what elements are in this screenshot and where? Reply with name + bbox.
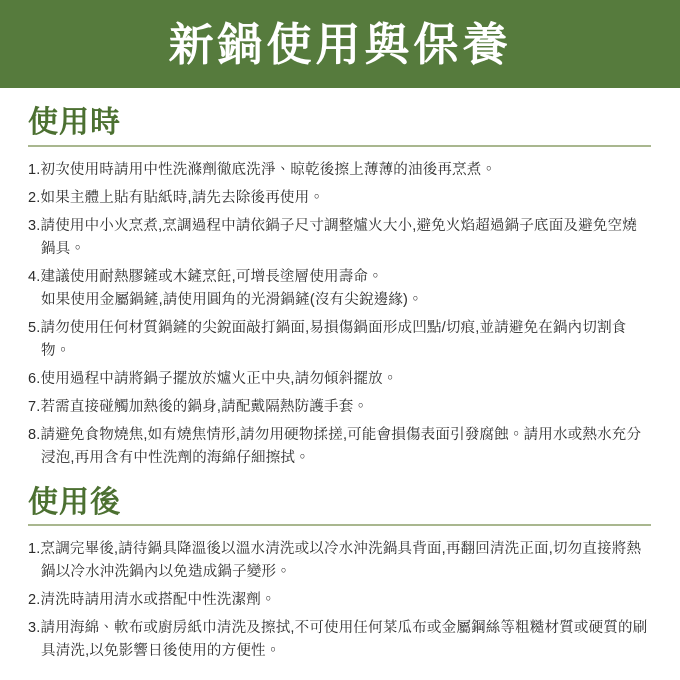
list-item: 1.烹調完畢後,請待鍋具降溫後以溫水清洗或以冷水沖洗鍋具背面,再翻回清洗正面,切… [28,538,651,584]
list-item: 1.初次使用時請用中性洗滌劑徹底洗淨、晾乾後擦上薄薄的油後再烹煮。 [28,159,651,182]
section-items: 1.初次使用時請用中性洗滌劑徹底洗淨、晾乾後擦上薄薄的油後再烹煮。2.如果主體上… [28,159,651,470]
list-item: 2.清洗時請用清水或搭配中性洗潔劑。 [28,589,651,612]
section-items: 1.烹調完畢後,請待鍋具降溫後以溫水清洗或以冷水沖洗鍋具背面,再翻回清洗正面,切… [28,538,651,663]
list-item: 5.請勿使用任何材質鍋鏟的尖銳面敲打鍋面,易損傷鍋面形成凹點/切痕,並請避免在鍋… [28,317,651,363]
section-heading: 使用後 [28,476,651,521]
page-title: 新鍋使用與保養 [168,22,511,67]
section-heading: 使用時 [28,96,651,141]
section-divider [28,145,651,147]
list-item: 3.請使用中小火烹煮,烹調過程中請依鍋子尺寸調整爐火大小,避免火焰超過鍋子底面及… [28,215,651,261]
list-item: 4.建議使用耐熱膠鏟或木鏟烹飪,可增長塗層使用壽命。 如果使用金屬鍋鏟,請使用圓… [28,266,651,312]
list-item: 3.請用海綿、軟布或廚房紙巾清洗及擦拭,不可使用任何菜瓜布或金屬鋼絲等粗糙材質或… [28,617,651,663]
page: 新鍋使用與保養 使用時 1.初次使用時請用中性洗滌劑徹底洗淨、晾乾後擦上薄薄的油… [0,0,680,680]
section-divider [28,524,651,526]
section-1: 使用後 1.烹調完畢後,請待鍋具降溫後以溫水清洗或以冷水沖洗鍋具背面,再翻回清洗… [28,476,651,664]
list-item: 8.請避免食物燒焦,如有燒焦情形,請勿用硬物揉搓,可能會損傷表面引發腐蝕。請用水… [28,424,651,470]
section-0: 使用時 1.初次使用時請用中性洗滌劑徹底洗淨、晾乾後擦上薄薄的油後再烹煮。2.如… [28,96,651,470]
content: 使用時 1.初次使用時請用中性洗滌劑徹底洗淨、晾乾後擦上薄薄的油後再烹煮。2.如… [0,88,680,663]
list-item: 7.若需直接碰觸加熱後的鍋身,請配戴隔熱防護手套。 [28,396,651,419]
sections-container: 使用時 1.初次使用時請用中性洗滌劑徹底洗淨、晾乾後擦上薄薄的油後再烹煮。2.如… [28,96,651,663]
list-item: 2.如果主體上貼有貼紙時,請先去除後再使用。 [28,187,651,210]
list-item: 6.使用過程中請將鍋子擺放於爐火正中央,請勿傾斜擺放。 [28,368,651,391]
page-header: 新鍋使用與保養 [0,0,680,88]
